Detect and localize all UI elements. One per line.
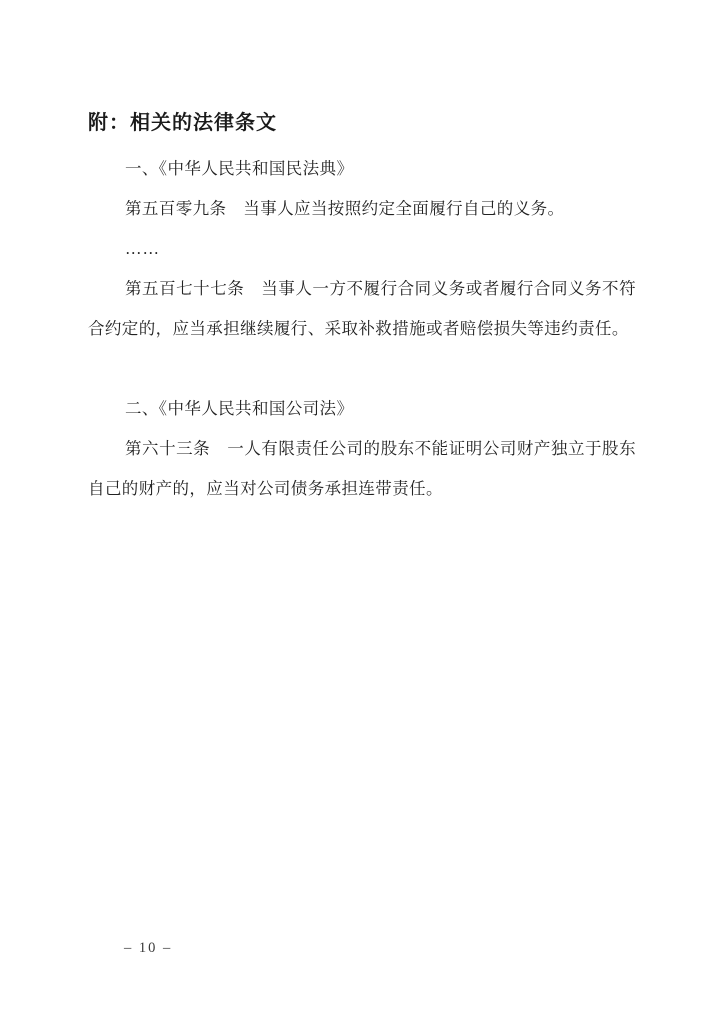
article-577-paragraph: 第五百七十七条 当事人一方不履行合同义务或者履行合同义务不符 合约定的，应当承担… xyxy=(88,269,636,349)
document-content: 附：相关的法律条文 一、《中华人民共和国民法典》 第五百零九条 当事人应当按照约… xyxy=(88,112,636,509)
article-line: 第六十三条 一人有限责任公司的股东不能证明公司财产独立于股东 xyxy=(88,429,636,469)
document-page: 附：相关的法律条文 一、《中华人民共和国民法典》 第五百零九条 当事人应当按照约… xyxy=(0,0,724,1024)
page-number: – 10 – xyxy=(124,940,172,957)
section-company-law: 二、《中华人民共和国公司法》 第六十三条 一人有限责任公司的股东不能证明公司财产… xyxy=(88,389,636,509)
article-line: 自己的财产的，应当对公司债务承担连带责任。 xyxy=(88,469,636,509)
article-63-paragraph: 第六十三条 一人有限责任公司的股东不能证明公司财产独立于股东 自己的财产的，应当… xyxy=(88,429,636,509)
law-title: 一、《中华人民共和国民法典》 xyxy=(88,149,636,189)
article-509-paragraph: 第五百零九条 当事人应当按照约定全面履行自己的义务。 xyxy=(88,189,636,229)
attachment-heading: 附：相关的法律条文 xyxy=(88,112,636,134)
ellipsis-line: …… xyxy=(88,229,636,269)
article-line: 第五百七十七条 当事人一方不履行合同义务或者履行合同义务不符 xyxy=(88,269,636,309)
article-line: 第五百零九条 当事人应当按照约定全面履行自己的义务。 xyxy=(88,189,636,229)
law-title: 二、《中华人民共和国公司法》 xyxy=(88,389,636,429)
article-line: 合约定的，应当承担继续履行、采取补救措施或者赔偿损失等违约责任。 xyxy=(88,309,636,349)
section-civil-code: 一、《中华人民共和国民法典》 第五百零九条 当事人应当按照约定全面履行自己的义务… xyxy=(88,149,636,349)
ellipsis-paragraph: …… xyxy=(88,229,636,269)
